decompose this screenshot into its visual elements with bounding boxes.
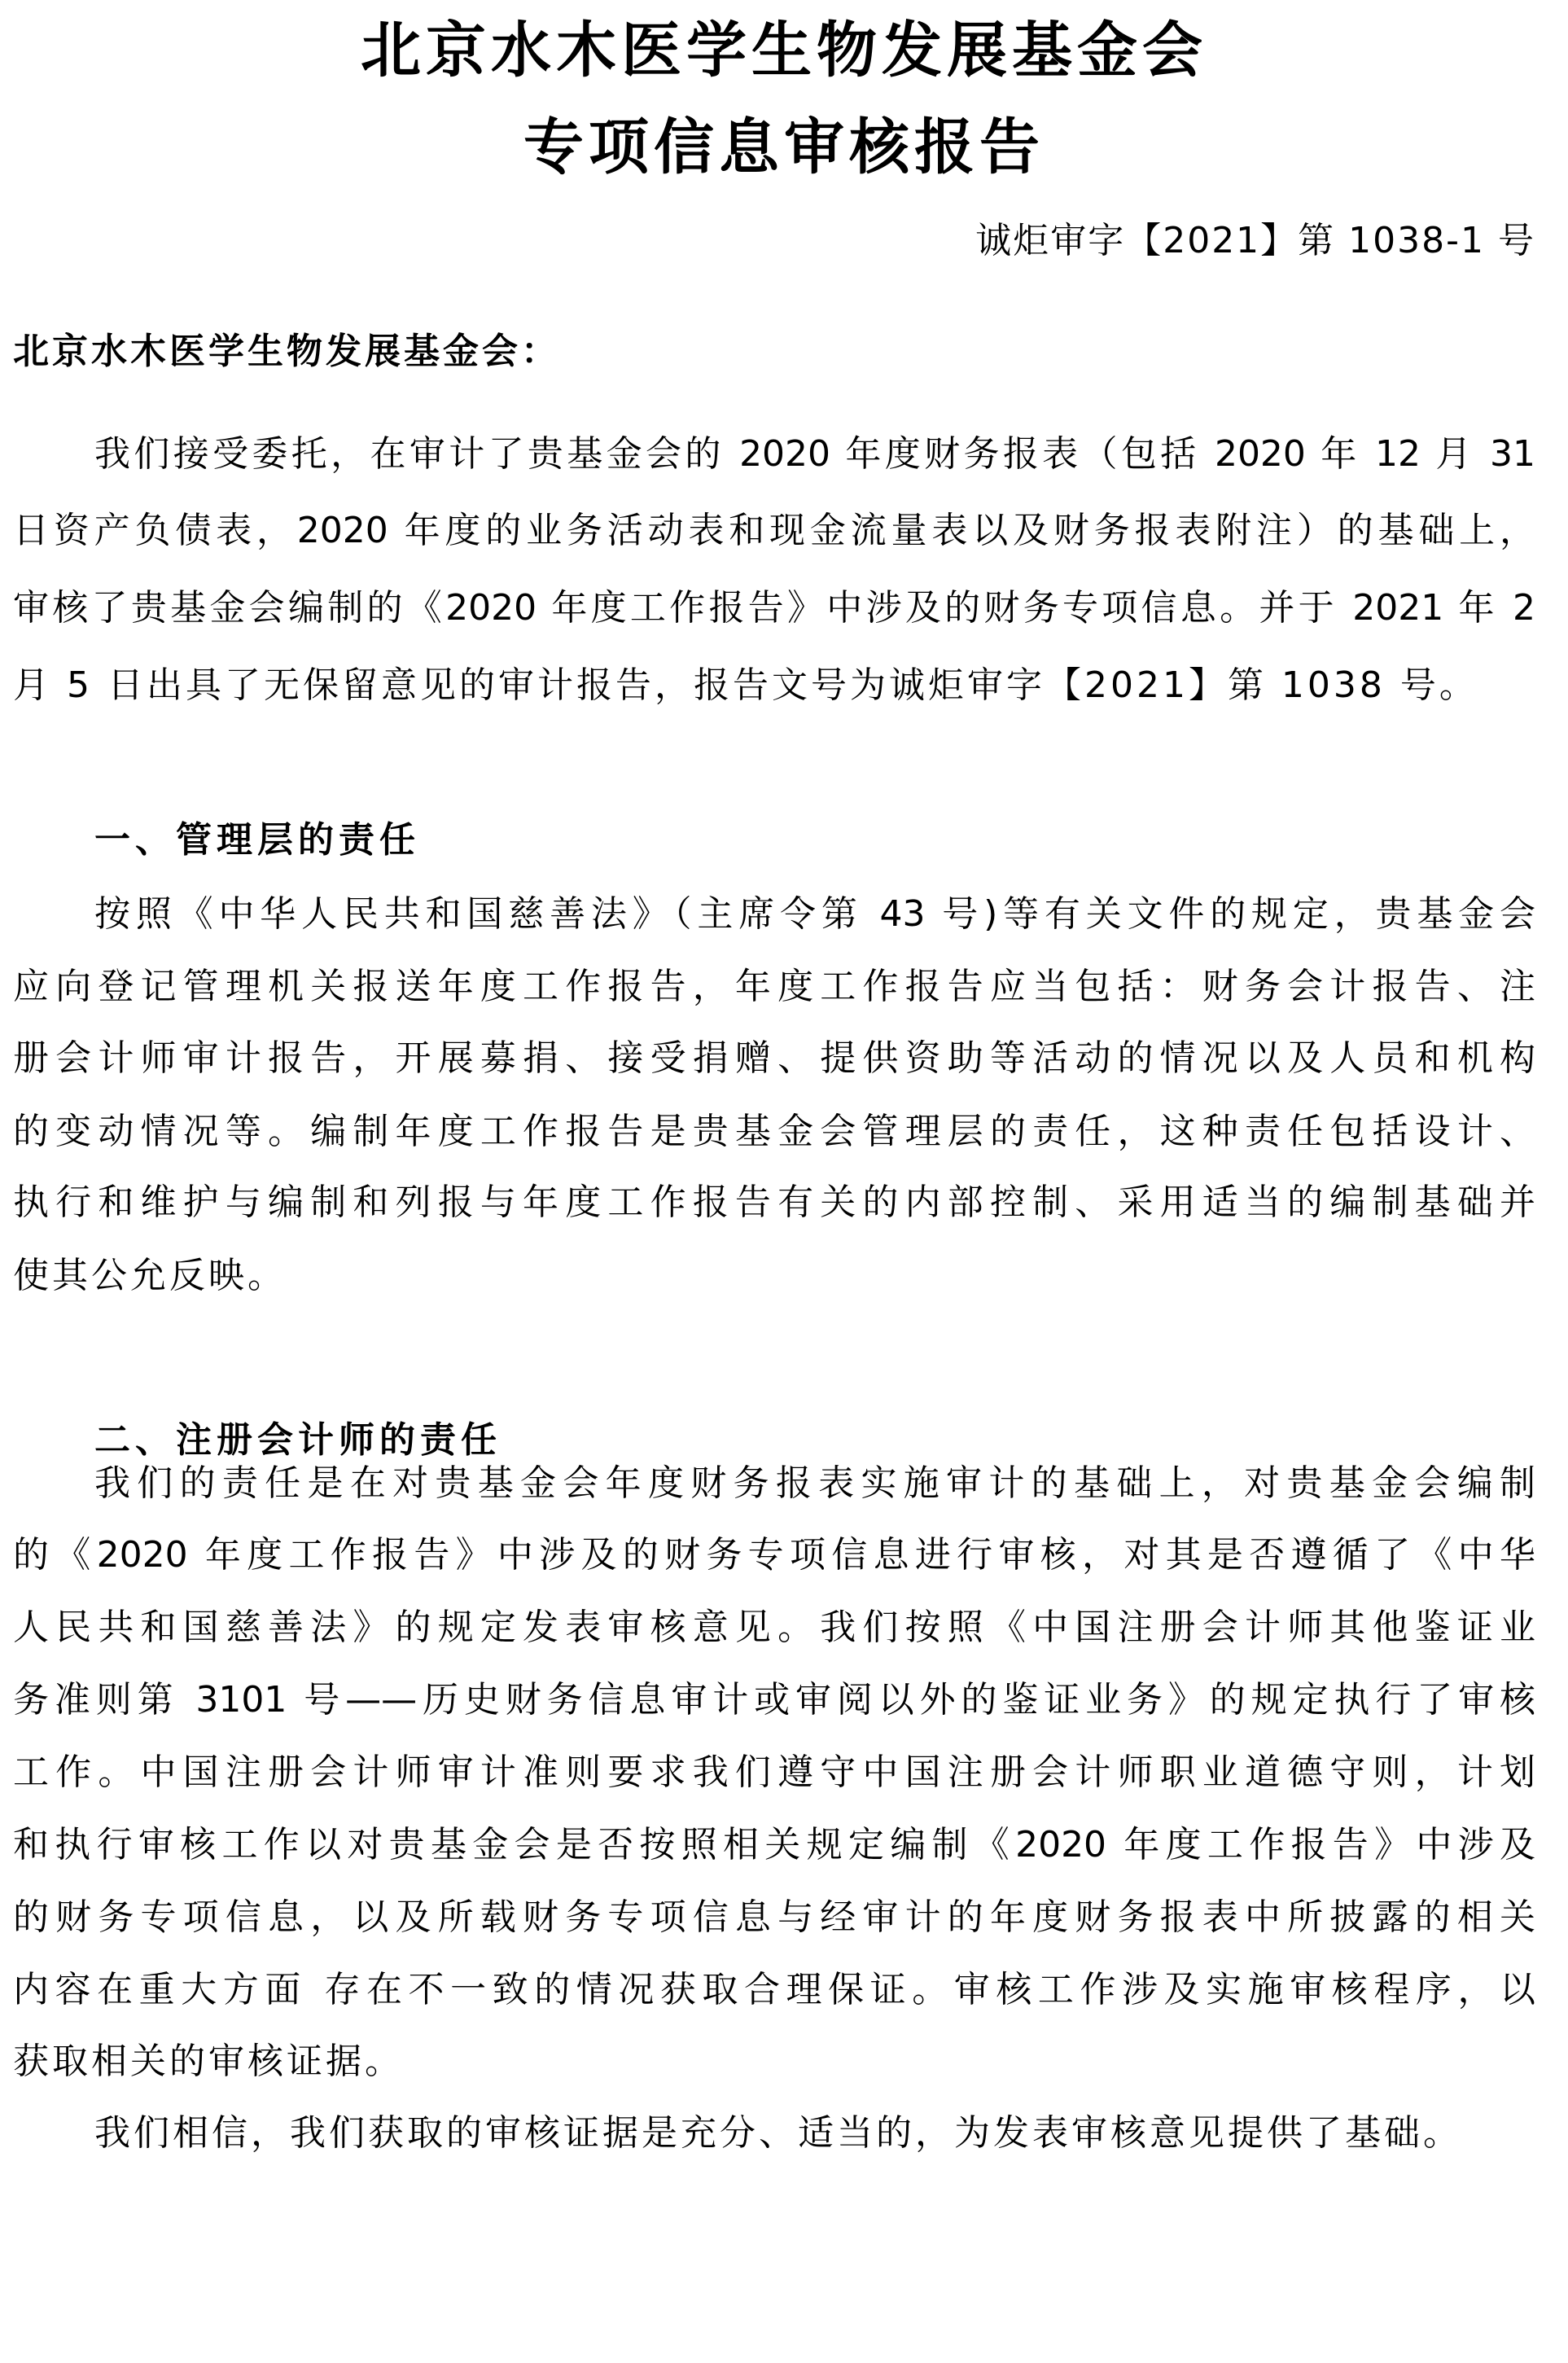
paragraph-line: 日资产负债表，2020 年度的业务活动表和现金流量表以及财务报表附注）的基础上， xyxy=(13,506,1535,555)
paragraph-line: 内容在重大方面 存在不一致的情况获取合理保证。审核工作涉及实施审核程序，以 xyxy=(13,1966,1535,2014)
document-page: 北京水木医学生物发展基金会 专项信息审核报告 诚炬审字【2021】第 1038-… xyxy=(0,0,1568,2363)
paragraph-line: 工作。中国注册会计师审计准则要求我们遵守中国注册会计师职业道德守则，计划 xyxy=(13,1748,1535,1797)
paragraph-line: 执行和维护与编制和列报与年度工作报告有关的内部控制、采用适当的编制基础并 xyxy=(13,1178,1535,1227)
paragraph-line: 的《2020 年度工作报告》中涉及的财务专项信息进行审核，对其是否遵循了《中华 xyxy=(13,1531,1535,1580)
paragraph-line: 我们接受委托，在审计了贵基金会的 2020 年度财务报表（包括 2020 年 1… xyxy=(94,430,1535,479)
salutation: 北京水木医学生物发展基金会： xyxy=(13,327,560,376)
paragraph-line: 审核了贵基金会编制的《2020 年度工作报告》中涉及的财务专项信息。并于 202… xyxy=(13,584,1535,633)
paragraph-line: 务准则第 3101 号——历史财务信息审计或审阅以外的鉴证业务》的规定执行了审核 xyxy=(13,1676,1535,1725)
paragraph-line: 和执行审核工作以对贵基金会是否按照相关规定编制《2020 年度工作报告》中涉及 xyxy=(13,1821,1535,1870)
reference-number: 诚炬审字【2021】第 1038-1 号 xyxy=(975,217,1535,265)
paragraph-line: 按照《中华人民共和国慈善法》（主席令第 43 号)等有关文件的规定，贵基金会 xyxy=(94,890,1535,939)
paragraph-line: 使其公允反映。 xyxy=(13,1252,1535,1300)
section-heading-cpa: 二、注册会计师的责任 xyxy=(94,1416,501,1465)
paragraph-line: 获取相关的审核证据。 xyxy=(13,2037,1535,2086)
paragraph-line: 月 5 日出具了无保留意见的审计报告，报告文号为诚炬审字【2021】第 1038… xyxy=(13,661,1535,710)
paragraph-line: 册会计师审计报告，开展募捐、接受捐赠、提供资助等活动的情况以及人员和机构 xyxy=(13,1034,1535,1083)
paragraph-line: 我们的责任是在对贵基金会年度财务报表实施审计的基础上，对贵基金会编制 xyxy=(94,1459,1535,1508)
paragraph-line: 的财务专项信息，以及所载财务专项信息与经审计的年度财务报表中所披露的相关 xyxy=(13,1893,1535,1942)
paragraph-line: 应向登记管理机关报送年度工作报告，年度工作报告应当包括：财务会计报告、注 xyxy=(13,962,1535,1011)
paragraph-line: 的变动情况等。编制年度工作报告是贵基金会管理层的责任，这种责任包括设计、 xyxy=(13,1107,1535,1156)
document-subtitle: 专项信息审核报告 xyxy=(0,111,1568,184)
closing-paragraph: 我们相信，我们获取的审核证据是充分、适当的，为发表审核意见提供了基础。 xyxy=(94,2109,1535,2158)
document-title: 北京水木医学生物发展基金会 xyxy=(0,14,1568,87)
paragraph-line: 人民共和国慈善法》的规定发表审核意见。我们按照《中国注册会计师其他鉴证业 xyxy=(13,1603,1535,1652)
section-heading-management: 一、管理层的责任 xyxy=(94,816,420,865)
